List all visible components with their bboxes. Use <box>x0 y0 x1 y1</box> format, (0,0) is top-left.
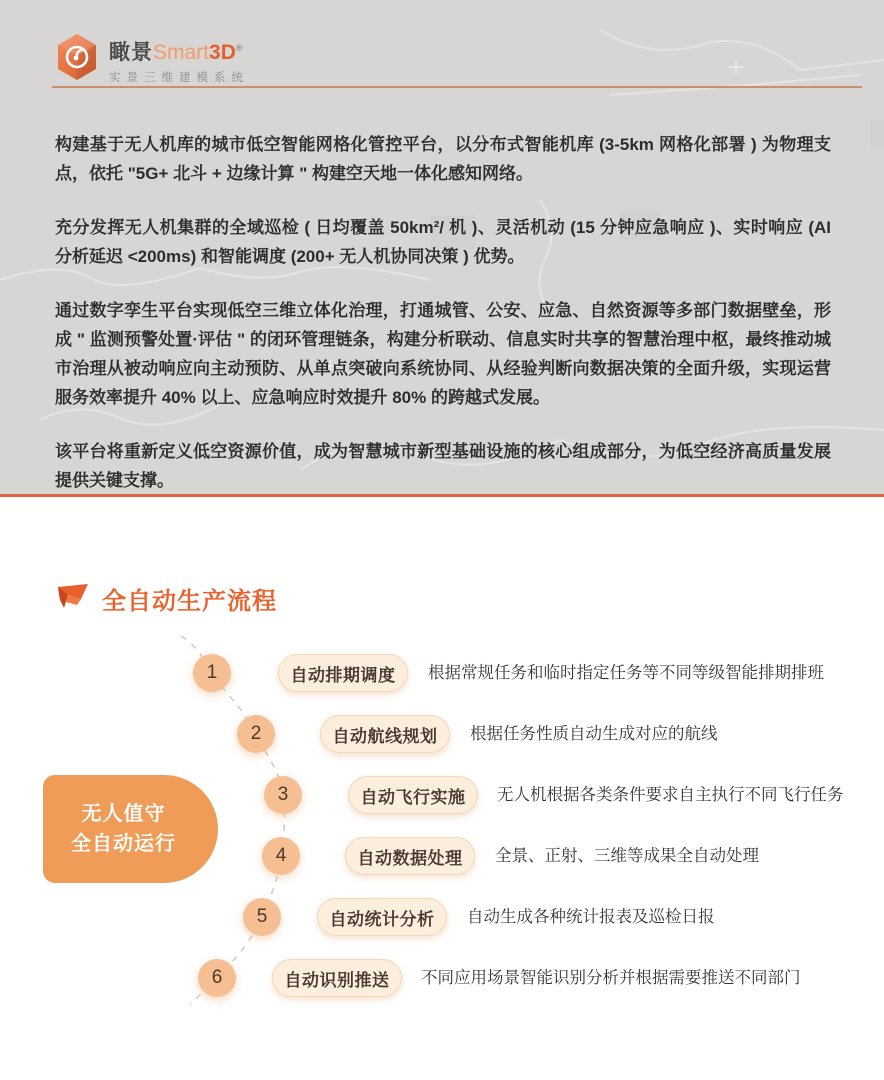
intro-paragraph-1: 构建基于无人机库的城市低空智能网格化管控平台，以分布式智能机库 (3-5km 网… <box>55 130 831 188</box>
brand-subtitle: 实景三维建模系统 <box>109 69 249 85</box>
step-label-pill: 自动识别推送 <box>272 959 402 997</box>
side-badge-line1: 无人值守 <box>82 799 166 829</box>
hero-section: 瞰景Smart3D® 实景三维建模系统 构建基于无人机库的城市低空智能网格化管控… <box>0 0 884 497</box>
intro-copy: 构建基于无人机库的城市低空智能网格化管控平台，以分布式智能机库 (3-5km 网… <box>55 130 831 497</box>
step-description: 全景、正射、三维等成果全自动处理 <box>495 837 759 875</box>
step-description: 不同应用场景智能识别分析并根据需要推送不同部门 <box>421 959 801 997</box>
brand-name: 瞰景Smart3D® <box>109 36 249 65</box>
step-label-pill: 自动航线规划 <box>320 715 450 753</box>
step-number-badge: 5 <box>243 898 281 936</box>
brand-name-en-bold: 3D <box>209 41 236 64</box>
brand-name-en-light: Smart <box>153 41 209 64</box>
brand-underline-rule <box>52 86 862 88</box>
step-description: 自动生成各种统计报表及巡检日报 <box>467 898 715 936</box>
page: 瞰景Smart3D® 实景三维建模系统 构建基于无人机库的城市低空智能网格化管控… <box>0 0 884 1080</box>
step-description: 根据常规任务和临时指定任务等不同等级智能排期排班 <box>428 654 824 692</box>
intro-paragraph-4: 该平台将重新定义低空资源价值，成为智慧城市新型基础设施的核心组成部分，为低空经济… <box>55 437 831 495</box>
intro-paragraph-2: 充分发挥无人机集群的全域巡检 ( 日均覆盖 50km²/ 机 )、灵活机动 (1… <box>55 213 831 271</box>
side-badge-unattended: 无人值守 全自动运行 <box>43 775 218 883</box>
step-label-pill: 自动排期调度 <box>278 654 408 692</box>
step-description: 无人机根据各类条件要求自主执行不同飞行任务 <box>497 776 844 814</box>
step-label-pill: 自动飞行实施 <box>348 776 478 814</box>
step-number-badge: 4 <box>262 837 300 875</box>
step-number-badge: 3 <box>264 776 302 814</box>
section-title-text: 全自动生产流程 <box>102 581 277 616</box>
step-description: 根据任务性质自动生成对应的航线 <box>470 715 718 753</box>
process-flow: 无人值守 全自动运行 1 自动排期调度 根据常规任务和临时指定任务等不同等级智能… <box>0 630 884 1035</box>
side-badge-line2: 全自动运行 <box>71 829 176 859</box>
flag-3d-icon <box>57 583 90 613</box>
step-number-badge: 6 <box>198 959 236 997</box>
brand-logo: 瞰景Smart3D® 实景三维建模系统 <box>55 33 249 85</box>
step-number-badge: 2 <box>237 715 275 753</box>
brand-text-block: 瞰景Smart3D® 实景三维建模系统 <box>109 33 249 85</box>
logo-cube-icon <box>55 33 99 81</box>
step-number-badge: 1 <box>193 654 231 692</box>
step-label-pill: 自动统计分析 <box>317 898 447 936</box>
section-header: 全自动生产流程 <box>57 582 884 614</box>
step-label-pill: 自动数据处理 <box>345 837 475 875</box>
registered-mark: ® <box>236 43 243 53</box>
brand-name-cn: 瞰景 <box>109 41 153 64</box>
intro-paragraph-3: 通过数字孪生平台实现低空三维立体化治理，打通城管、公安、应急、自然资源等多部门数… <box>55 296 831 412</box>
